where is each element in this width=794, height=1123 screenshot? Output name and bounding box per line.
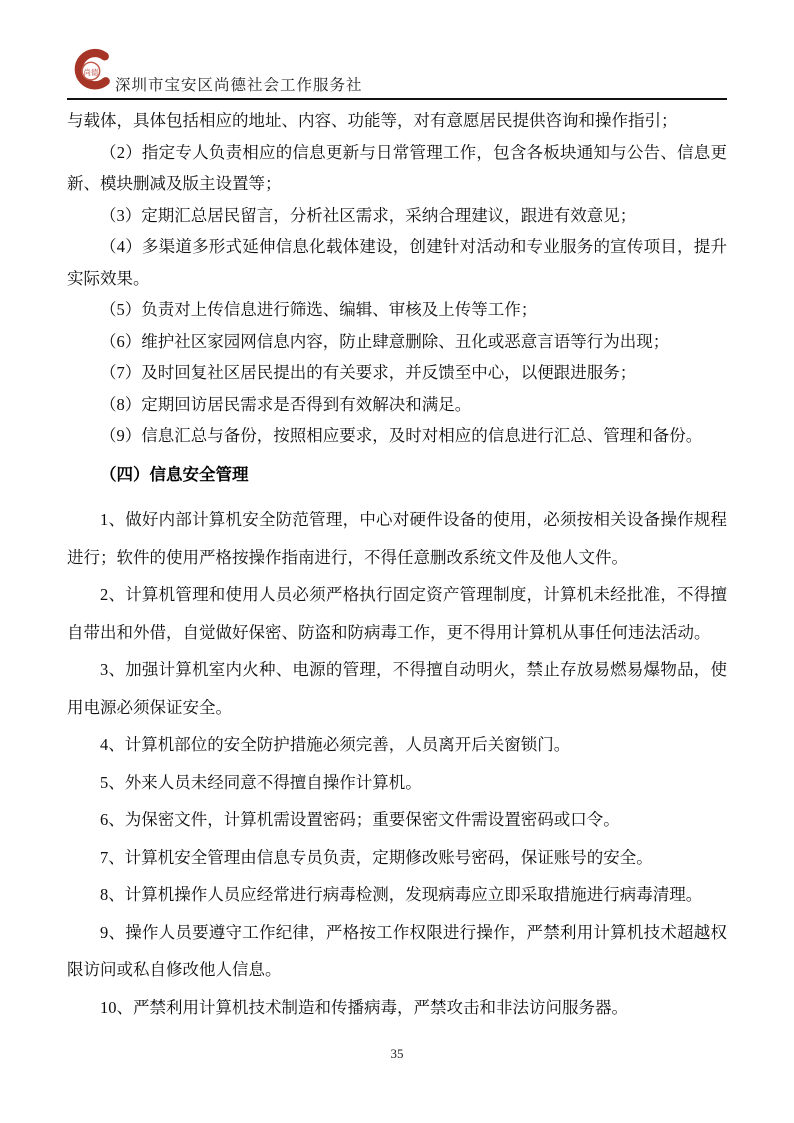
paragraph-item-5: （5）负责对上传信息进行筛选、编辑、审核及上传等工作； [67,294,727,326]
rule-item-6: 6、为保密文件，计算机需设置密码；重要保密文件需设置密码或口令。 [67,801,727,839]
rule-item-2: 2、计算机管理和使用人员必须严格执行固定资产管理制度，计算机未经批准，不得擅自带… [67,576,727,651]
logo-seal-text: 尚德 [84,68,99,77]
paragraph-item-8: （8）定期回访居民需求是否得到有效解决和满足。 [67,389,727,421]
rule-item-8: 8、计算机操作人员应经常进行病毒检测，发现病毒应立即采取措施进行病毒清理。 [67,876,727,914]
paragraph-item-9: （9）信息汇总与备份，按照相应要求，及时对相应的信息进行汇总、管理和备份。 [67,420,727,452]
document-page: 尚德 深圳市宝安区尚德社会工作服务社 与载体，具体包括相应的地址、内容、功能等，… [0,0,794,1123]
document-body: 与载体，具体包括相应的地址、内容、功能等，对有意愿居民提供咨询和操作指引； （2… [67,105,727,1026]
paragraph-item-6: （6）维护社区家园网信息内容，防止肆意删除、丑化或恶意言语等行为出现； [67,326,727,358]
paragraph-item-4: （4）多渠道多形式延伸信息化载体建设，创建针对活动和专业服务的宣传项目，提升实际… [67,231,727,294]
document-header: 尚德 深圳市宝安区尚德社会工作服务社 [67,46,727,100]
section-heading: （四）信息安全管理 [67,459,727,491]
paragraph-item-7: （7）及时回复社区居民提出的有关要求，并反馈至中心，以便跟进服务； [67,357,727,389]
page-footer: 35 [0,1045,794,1063]
rule-item-9: 9、操作人员要遵守工作纪律，严格按工作权限进行操作，严禁利用计算机技术超越权限访… [67,914,727,989]
rule-item-1: 1、做好内部计算机安全防范管理，中心对硬件设备的使用，必须按相关设备操作规程进行… [67,501,727,576]
org-logo-icon: 尚德 [67,48,113,96]
paragraph-item-3: （3）定期汇总居民留言，分析社区需求，采纳合理建议，跟进有效意见； [67,200,727,232]
rule-item-7: 7、计算机安全管理由信息专员负责，定期修改账号密码，保证账号的安全。 [67,839,727,877]
rule-item-5: 5、外来人员未经同意不得擅自操作计算机。 [67,764,727,802]
rule-item-10: 10、严禁利用计算机技术制造和传播病毒，严禁攻击和非法访问服务器。 [67,989,727,1027]
org-name: 深圳市宝安区尚德社会工作服务社 [115,77,363,96]
page-number: 35 [391,1046,404,1061]
paragraph-continuation: 与载体，具体包括相应的地址、内容、功能等，对有意愿居民提供咨询和操作指引； [67,105,727,137]
rule-item-4: 4、计算机部位的安全防护措施必须完善，人员离开后关窗锁门。 [67,726,727,764]
rule-item-3: 3、加强计算机室内火种、电源的管理，不得擅自动明火，禁止存放易燃易爆物品，使用电… [67,651,727,726]
paragraph-item-2: （2）指定专人负责相应的信息更新与日常管理工作，包含各板块通知与公告、信息更新、… [67,137,727,200]
